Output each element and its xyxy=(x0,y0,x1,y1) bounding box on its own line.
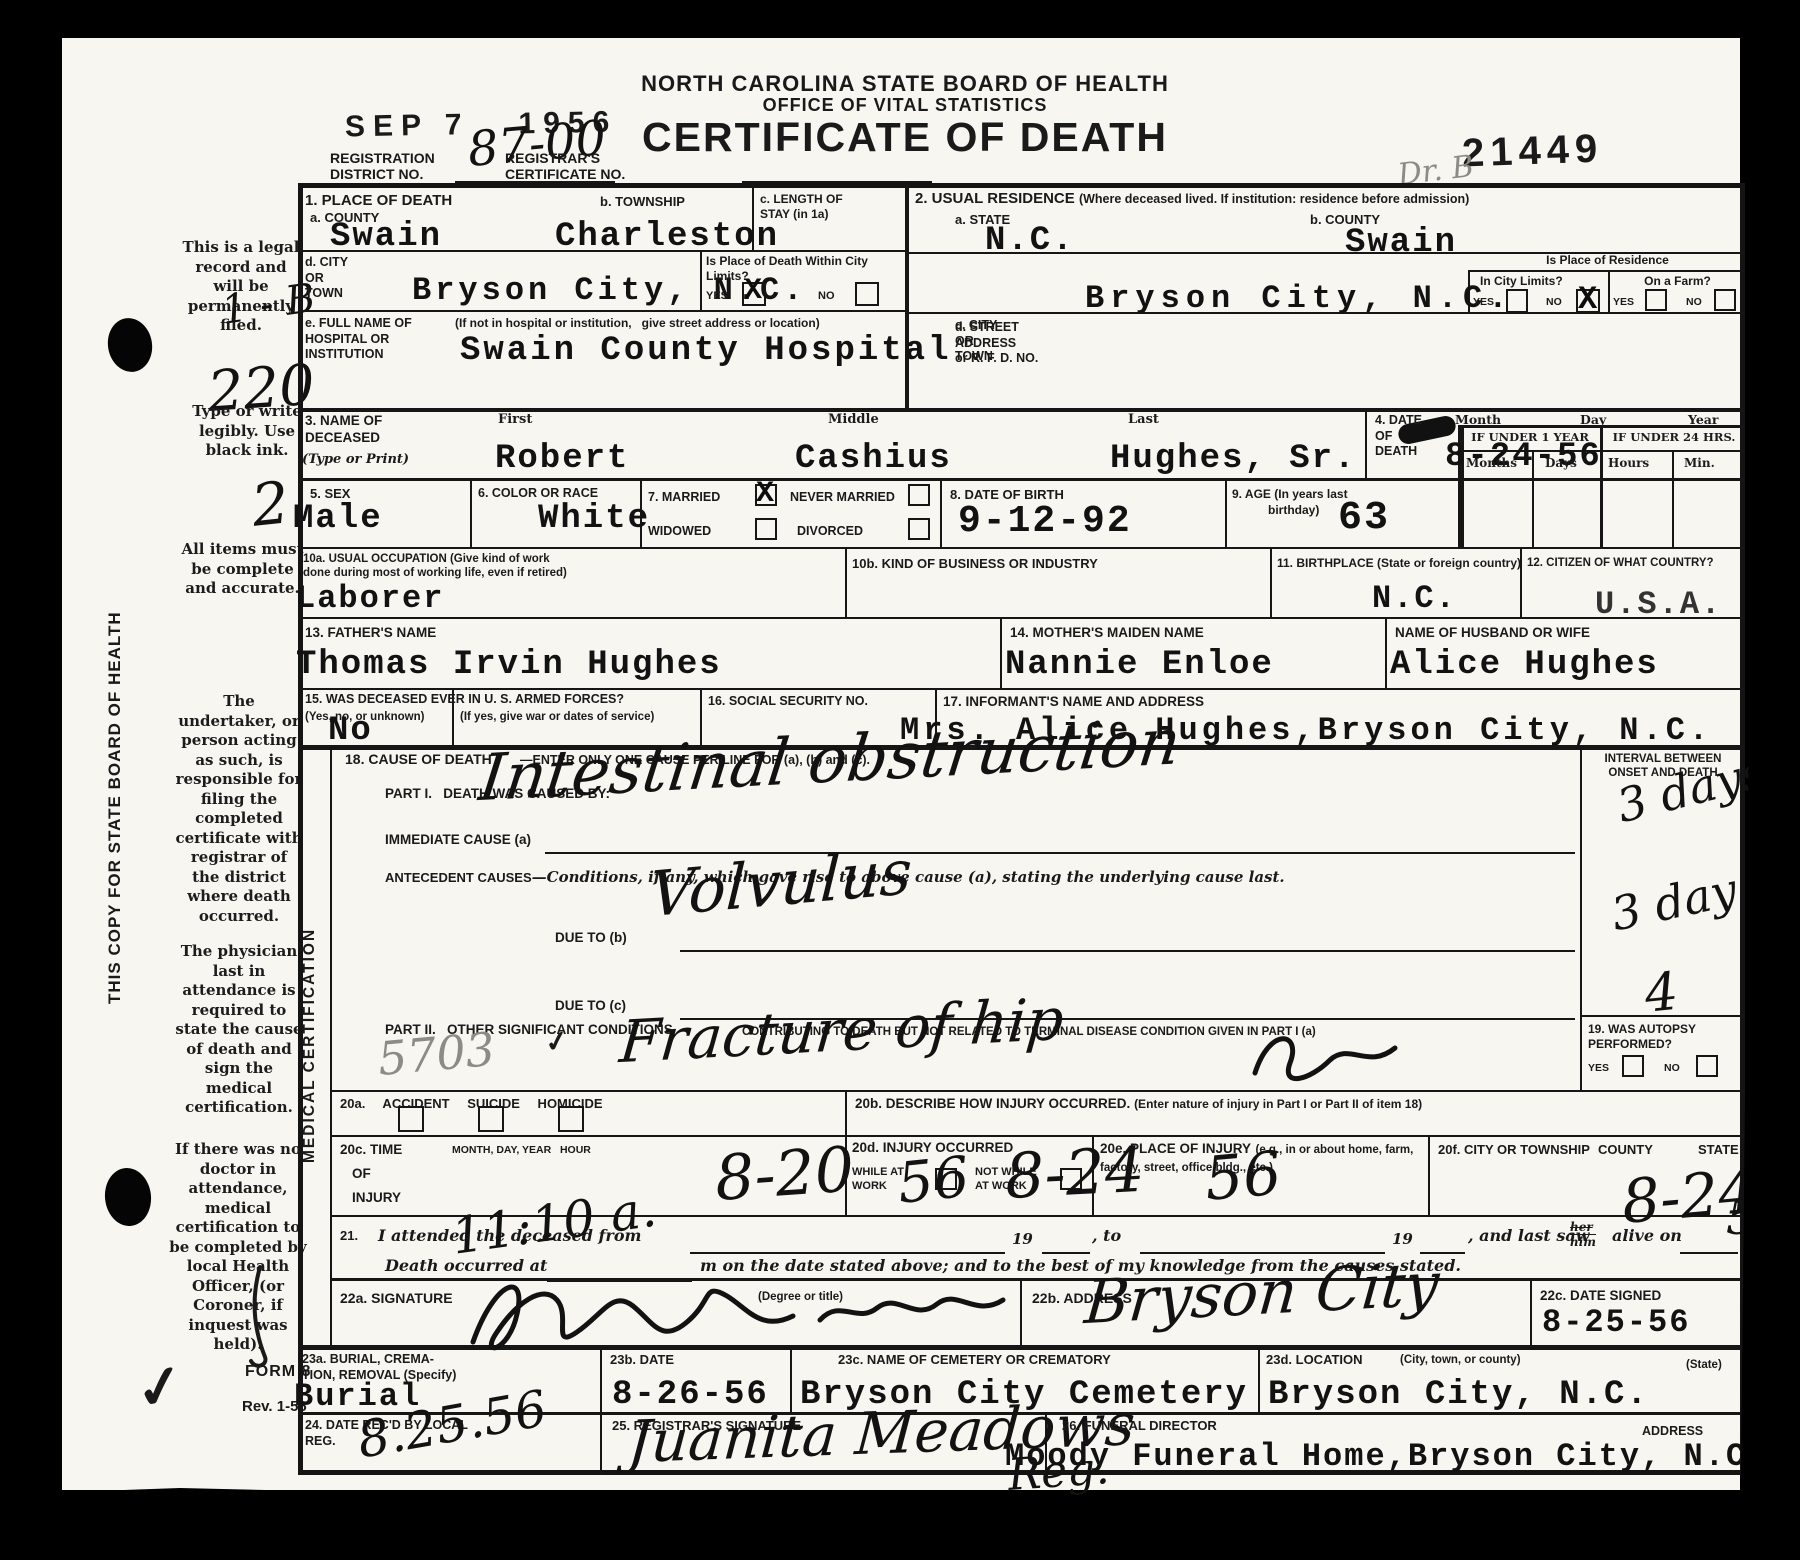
no-doctor-note: If there was no doctor in attendance, me… xyxy=(168,1140,308,1355)
first-name-value: Robert xyxy=(495,440,629,478)
hospital-value: Swain County Hospital xyxy=(460,332,951,370)
burial-date-label: 23b. DATE xyxy=(610,1352,674,1368)
never-married-label: NEVER MARRIED xyxy=(790,490,895,506)
grid-line xyxy=(330,1135,1745,1137)
undertaker-note: The undertaker, or person acting as such… xyxy=(175,692,303,926)
cause-of-death-label: 18. CAUSE OF DEATH xyxy=(345,751,492,769)
film-edge-right xyxy=(1740,0,1800,1560)
months-header: Months xyxy=(1466,456,1517,472)
film-edge-bottom xyxy=(0,1480,1800,1560)
checkbox-farm-no xyxy=(1714,289,1736,311)
usual-residence-paren: (Where deceased lived. If institution: r… xyxy=(1079,192,1469,206)
time-of-injury-label-1: 20c. TIME xyxy=(340,1142,402,1159)
type-or-print-label: (Type or Print) xyxy=(302,452,409,467)
grid-line xyxy=(700,310,905,312)
death-city-limits-question: Is Place of Death Within City Limits? xyxy=(706,254,868,284)
checkbox-divorced xyxy=(908,518,930,540)
antecedent-bold: ANTECEDENT CAUSES xyxy=(385,870,532,885)
husband-or-wife-value: Alice Hughes xyxy=(1390,646,1659,684)
her-struck: her xyxy=(1570,1220,1596,1234)
residence-city-value: Bryson City, N.C. xyxy=(1085,280,1513,317)
grid-line xyxy=(1530,1278,1532,1345)
grid-line xyxy=(298,310,702,312)
part2-scrawl xyxy=(1240,1018,1410,1093)
fathers-name-value: Thomas Irvin Hughes xyxy=(296,646,722,684)
part2-pencil-code: 5703 xyxy=(376,1022,497,1086)
location-paren: (City, town, or county) xyxy=(1400,1353,1521,1367)
death-limits-no-label: NO xyxy=(818,290,835,304)
days-header: Days xyxy=(1545,456,1577,472)
grid-line xyxy=(845,547,847,617)
grid-line xyxy=(1258,1345,1260,1412)
birthplace-label: 11. BIRTHPLACE (State or foreign country… xyxy=(1277,556,1521,571)
autopsy-no-label: NO xyxy=(1664,1062,1680,1075)
birthplace-value: N.C. xyxy=(1372,580,1457,617)
death-limits-yes-mark: X xyxy=(744,274,762,308)
film-edge-left xyxy=(0,0,62,1560)
attended-from-year-handwritten: 56 xyxy=(895,1145,973,1217)
farm-no-label: NO xyxy=(1686,296,1702,309)
funeral-director-value: Moody Funeral Home,Bryson City, N.C. xyxy=(1005,1438,1768,1475)
date-signed-value: 8-25-56 xyxy=(1542,1304,1690,1341)
location-label: 23d. LOCATION xyxy=(1266,1352,1363,1368)
grid-line xyxy=(1270,547,1272,617)
certificate-number-stamp: 21449 xyxy=(1461,124,1604,179)
due-to-b-label: DUE TO (b) xyxy=(555,930,627,947)
certificate-no-label: CERTIFICATE NO. xyxy=(505,166,625,184)
grid-line xyxy=(298,688,1745,690)
township-value: Charleston xyxy=(555,218,779,256)
location-state-label: (State) xyxy=(1686,1358,1722,1372)
farm-yes-label: YES xyxy=(1613,296,1634,309)
immediate-cause-label: IMMEDIATE CAUSE (a) xyxy=(385,832,531,849)
year-19-b: 19 xyxy=(1392,1230,1413,1248)
grid-line xyxy=(330,1090,1745,1092)
usual-residence-title: 2. USUAL RESIDENCE (Where deceased lived… xyxy=(915,190,1469,209)
items-complete-note: All items must be complete and accurate. xyxy=(180,540,305,599)
armed-forces-paren2: (If yes, give war or dates of service) xyxy=(460,710,654,724)
hours-header: Hours xyxy=(1608,456,1649,472)
sex-value: Male xyxy=(293,500,383,538)
signature-label: 22a. SIGNATURE xyxy=(340,1290,453,1308)
year-header: Year xyxy=(1688,412,1718,428)
grid-line xyxy=(1385,617,1387,688)
widowed-label: WIDOWED xyxy=(648,524,711,540)
grid-line xyxy=(1580,745,1582,1090)
attended-text-4: alive on xyxy=(1612,1226,1682,1245)
occupation-value: Laborer xyxy=(296,580,444,617)
age-label-2: birthday) xyxy=(1268,503,1319,518)
min-header: Min. xyxy=(1684,456,1715,472)
grid-line xyxy=(1580,1015,1745,1017)
state-value: N.C. xyxy=(985,222,1075,260)
time-of-injury-label-2: MONTH, DAY, YEAR HOUR xyxy=(452,1144,591,1157)
residence-limits-no-mark: X xyxy=(1578,281,1597,318)
grid-line xyxy=(845,1090,847,1135)
day-header: Day xyxy=(1580,412,1606,428)
district-no-label: DISTRICT NO. xyxy=(330,166,423,184)
copy-for-state-board-vertical: THIS COPY FOR STATE BOARD OF HEALTH xyxy=(104,598,140,1018)
citizen-value: U.S.A. xyxy=(1595,586,1722,623)
year-19-a: 19 xyxy=(1012,1230,1033,1248)
margin-handwritten-2: 2 xyxy=(248,468,292,539)
autopsy-yes-label: YES xyxy=(1588,1062,1609,1075)
checkbox-never-married xyxy=(908,484,930,506)
fathers-name-label: 13. FATHER'S NAME xyxy=(305,625,436,642)
type-legibly-note: Type or write legibly. Use black ink. xyxy=(188,402,306,461)
married-mark: X xyxy=(756,477,774,511)
date-of-death-label: 4. DATE OF DEATH xyxy=(1375,413,1422,460)
residence-limits-no-label: NO xyxy=(1546,296,1562,309)
film-edge-top xyxy=(0,0,1800,38)
checkbox-death-limits-no xyxy=(855,282,879,306)
checkbox-widowed xyxy=(755,518,777,540)
grid-line xyxy=(905,183,909,408)
attended-to-year-handwritten: 56 xyxy=(1202,1138,1284,1214)
attended-text-2: , to xyxy=(1092,1226,1121,1245)
injury-county-label: COUNTY xyxy=(1598,1142,1653,1158)
township-label: b. TOWNSHIP xyxy=(600,194,685,210)
checkbox-autopsy-yes xyxy=(1622,1055,1644,1077)
her-him-stack: her him xyxy=(1570,1220,1596,1249)
husband-or-wife-label: NAME OF HUSBAND OR WIFE xyxy=(1395,625,1590,642)
business-industry-label: 10b. KIND OF BUSINESS OR INDUSTRY xyxy=(852,556,1098,572)
month-header: Month xyxy=(1455,412,1501,428)
mothers-maiden-name-value: Nannie Enloe xyxy=(1005,646,1274,684)
checkbox-suicide xyxy=(478,1106,504,1132)
registrars-label: REGISTRAR'S xyxy=(505,150,600,168)
due-to-c-label: DUE TO (c) xyxy=(555,998,626,1015)
fill-line xyxy=(1680,1252,1738,1254)
hospital-name-paren: (If not in hospital or institution, give… xyxy=(455,316,820,331)
describe-injury-label: 20b. DESCRIBE HOW INJURY OCCURRED. (Ente… xyxy=(855,1096,1422,1113)
grid-line xyxy=(1365,408,1367,478)
grid-line xyxy=(298,547,1745,549)
name-of-deceased-label: 3. NAME OF DECEASED xyxy=(305,413,382,447)
grid-line xyxy=(1000,617,1002,688)
on-a-farm-question: On a Farm? xyxy=(1610,274,1745,289)
date-of-birth-value: 9-12-92 xyxy=(958,500,1132,543)
occupation-label: 10a. USUAL OCCUPATION (Give kind of work… xyxy=(303,552,567,581)
location-value: Bryson City, N.C. xyxy=(1268,1376,1649,1414)
last-name-header: Last xyxy=(1128,412,1159,429)
describe-injury-paren: (Enter nature of injury in Part I or Par… xyxy=(1134,1097,1422,1111)
attended-to-handwritten: 8-24 xyxy=(1003,1133,1146,1213)
divorced-label: DIVORCED xyxy=(797,524,863,540)
hospital-name-label: e. FULL NAME OF HOSPITAL OR INSTITUTION xyxy=(305,316,412,363)
grid-line xyxy=(470,478,472,547)
death-limits-yes-label: YES xyxy=(706,290,728,304)
checkbox-residence-limits-yes xyxy=(1506,289,1528,313)
married-label: 7. MARRIED xyxy=(648,490,720,506)
usual-residence-title-text: 2. USUAL RESIDENCE xyxy=(915,190,1075,207)
armed-forces-value: No xyxy=(328,712,373,750)
city-or-town-label: d. CITY OR TOWN xyxy=(305,255,348,302)
if-under-24-hrs-header: IF UNDER 24 HRS. xyxy=(1604,430,1744,445)
registration-label: REGISTRATION xyxy=(330,150,435,168)
attended-from-handwritten: 8-20 xyxy=(712,1132,856,1215)
grid-line xyxy=(298,617,1745,619)
residence-county-value: Swain xyxy=(1345,224,1457,262)
time-of-injury-label-3: OF xyxy=(352,1166,371,1183)
residence-limits-yes-label: YES xyxy=(1473,296,1494,309)
middle-name-value: Cashius xyxy=(795,440,952,478)
county-value: Swain xyxy=(330,218,442,256)
checkbox-homicide xyxy=(558,1106,584,1132)
place-of-death-title: 1. PLACE OF DEATH xyxy=(305,192,452,211)
first-name-header: First xyxy=(498,412,532,429)
describe-injury-bold: 20b. DESCRIBE HOW INJURY OCCURRED. xyxy=(855,1096,1130,1111)
grid-line xyxy=(600,1412,602,1475)
length-of-stay-label: c. LENGTH OF STAY (in 1a) xyxy=(760,192,843,222)
grid-line xyxy=(1672,450,1674,547)
autopsy-label: 19. WAS AUTOPSY PERFORMED? xyxy=(1588,1022,1696,1052)
age-value: 63 xyxy=(1338,496,1390,541)
residence-limits-question: In City Limits? xyxy=(1480,274,1563,289)
physician-note: The physician last in attendance is requ… xyxy=(175,942,303,1118)
grid-line xyxy=(1468,270,1745,272)
fill-line xyxy=(690,1252,1005,1254)
fill-line xyxy=(1042,1252,1090,1254)
color-or-race-value: White xyxy=(538,500,650,538)
armed-forces-label: 15. WAS DECEASED EVER IN U. S. ARMED FOR… xyxy=(305,692,624,708)
if-under-1-year-header: IF UNDER 1 YEAR xyxy=(1462,430,1598,445)
grid-line xyxy=(1428,1135,1430,1215)
grid-line xyxy=(298,478,1745,481)
fill-line xyxy=(680,950,1575,952)
death-certificate-scan: NORTH CAROLINA STATE BOARD OF HEALTH OFF… xyxy=(0,0,1800,1560)
time-of-injury-label-4: INJURY xyxy=(352,1190,401,1207)
mothers-maiden-name-label: 14. MOTHER'S MAIDEN NAME xyxy=(1010,625,1204,642)
date-signed-label: 22c. DATE SIGNED xyxy=(1540,1288,1661,1305)
citizen-label: 12. CITIZEN OF WHAT COUNTRY? xyxy=(1527,556,1714,570)
grid-line xyxy=(1225,478,1227,547)
checkbox-farm-yes xyxy=(1645,289,1667,311)
grid-line xyxy=(940,478,942,547)
him: him xyxy=(1570,1234,1596,1249)
checkbox-accident xyxy=(398,1106,424,1132)
cemetery-label: 23c. NAME OF CEMETERY OR CREMATORY xyxy=(838,1352,1111,1368)
certificate-title: CERTIFICATE OF DEATH xyxy=(530,112,1280,163)
physician-signature xyxy=(455,1262,1025,1362)
injury-city-label: 20f. CITY OR TOWNSHIP xyxy=(1438,1142,1590,1158)
margin-pen-flourish xyxy=(240,1262,276,1372)
item-21-number: 21. xyxy=(340,1228,358,1244)
injury-state-label: STATE xyxy=(1698,1142,1739,1158)
checkbox-autopsy-no xyxy=(1696,1055,1718,1077)
middle-name-header: Middle xyxy=(828,412,879,429)
last-name-value: Hughes, Sr. xyxy=(1110,440,1356,478)
funeral-director-label: 26. FUNERAL DIRECTOR xyxy=(1062,1418,1217,1434)
grid-line xyxy=(330,745,332,1345)
social-security-label: 16. SOCIAL SECURITY NO. xyxy=(708,694,868,710)
street-address-label: d. STREET ADDRESS or R. F. D. NO. xyxy=(955,320,1038,367)
age-label: 9. AGE (In years last xyxy=(1232,487,1348,502)
place-of-residence-header: Is Place of Residence xyxy=(1470,253,1745,268)
